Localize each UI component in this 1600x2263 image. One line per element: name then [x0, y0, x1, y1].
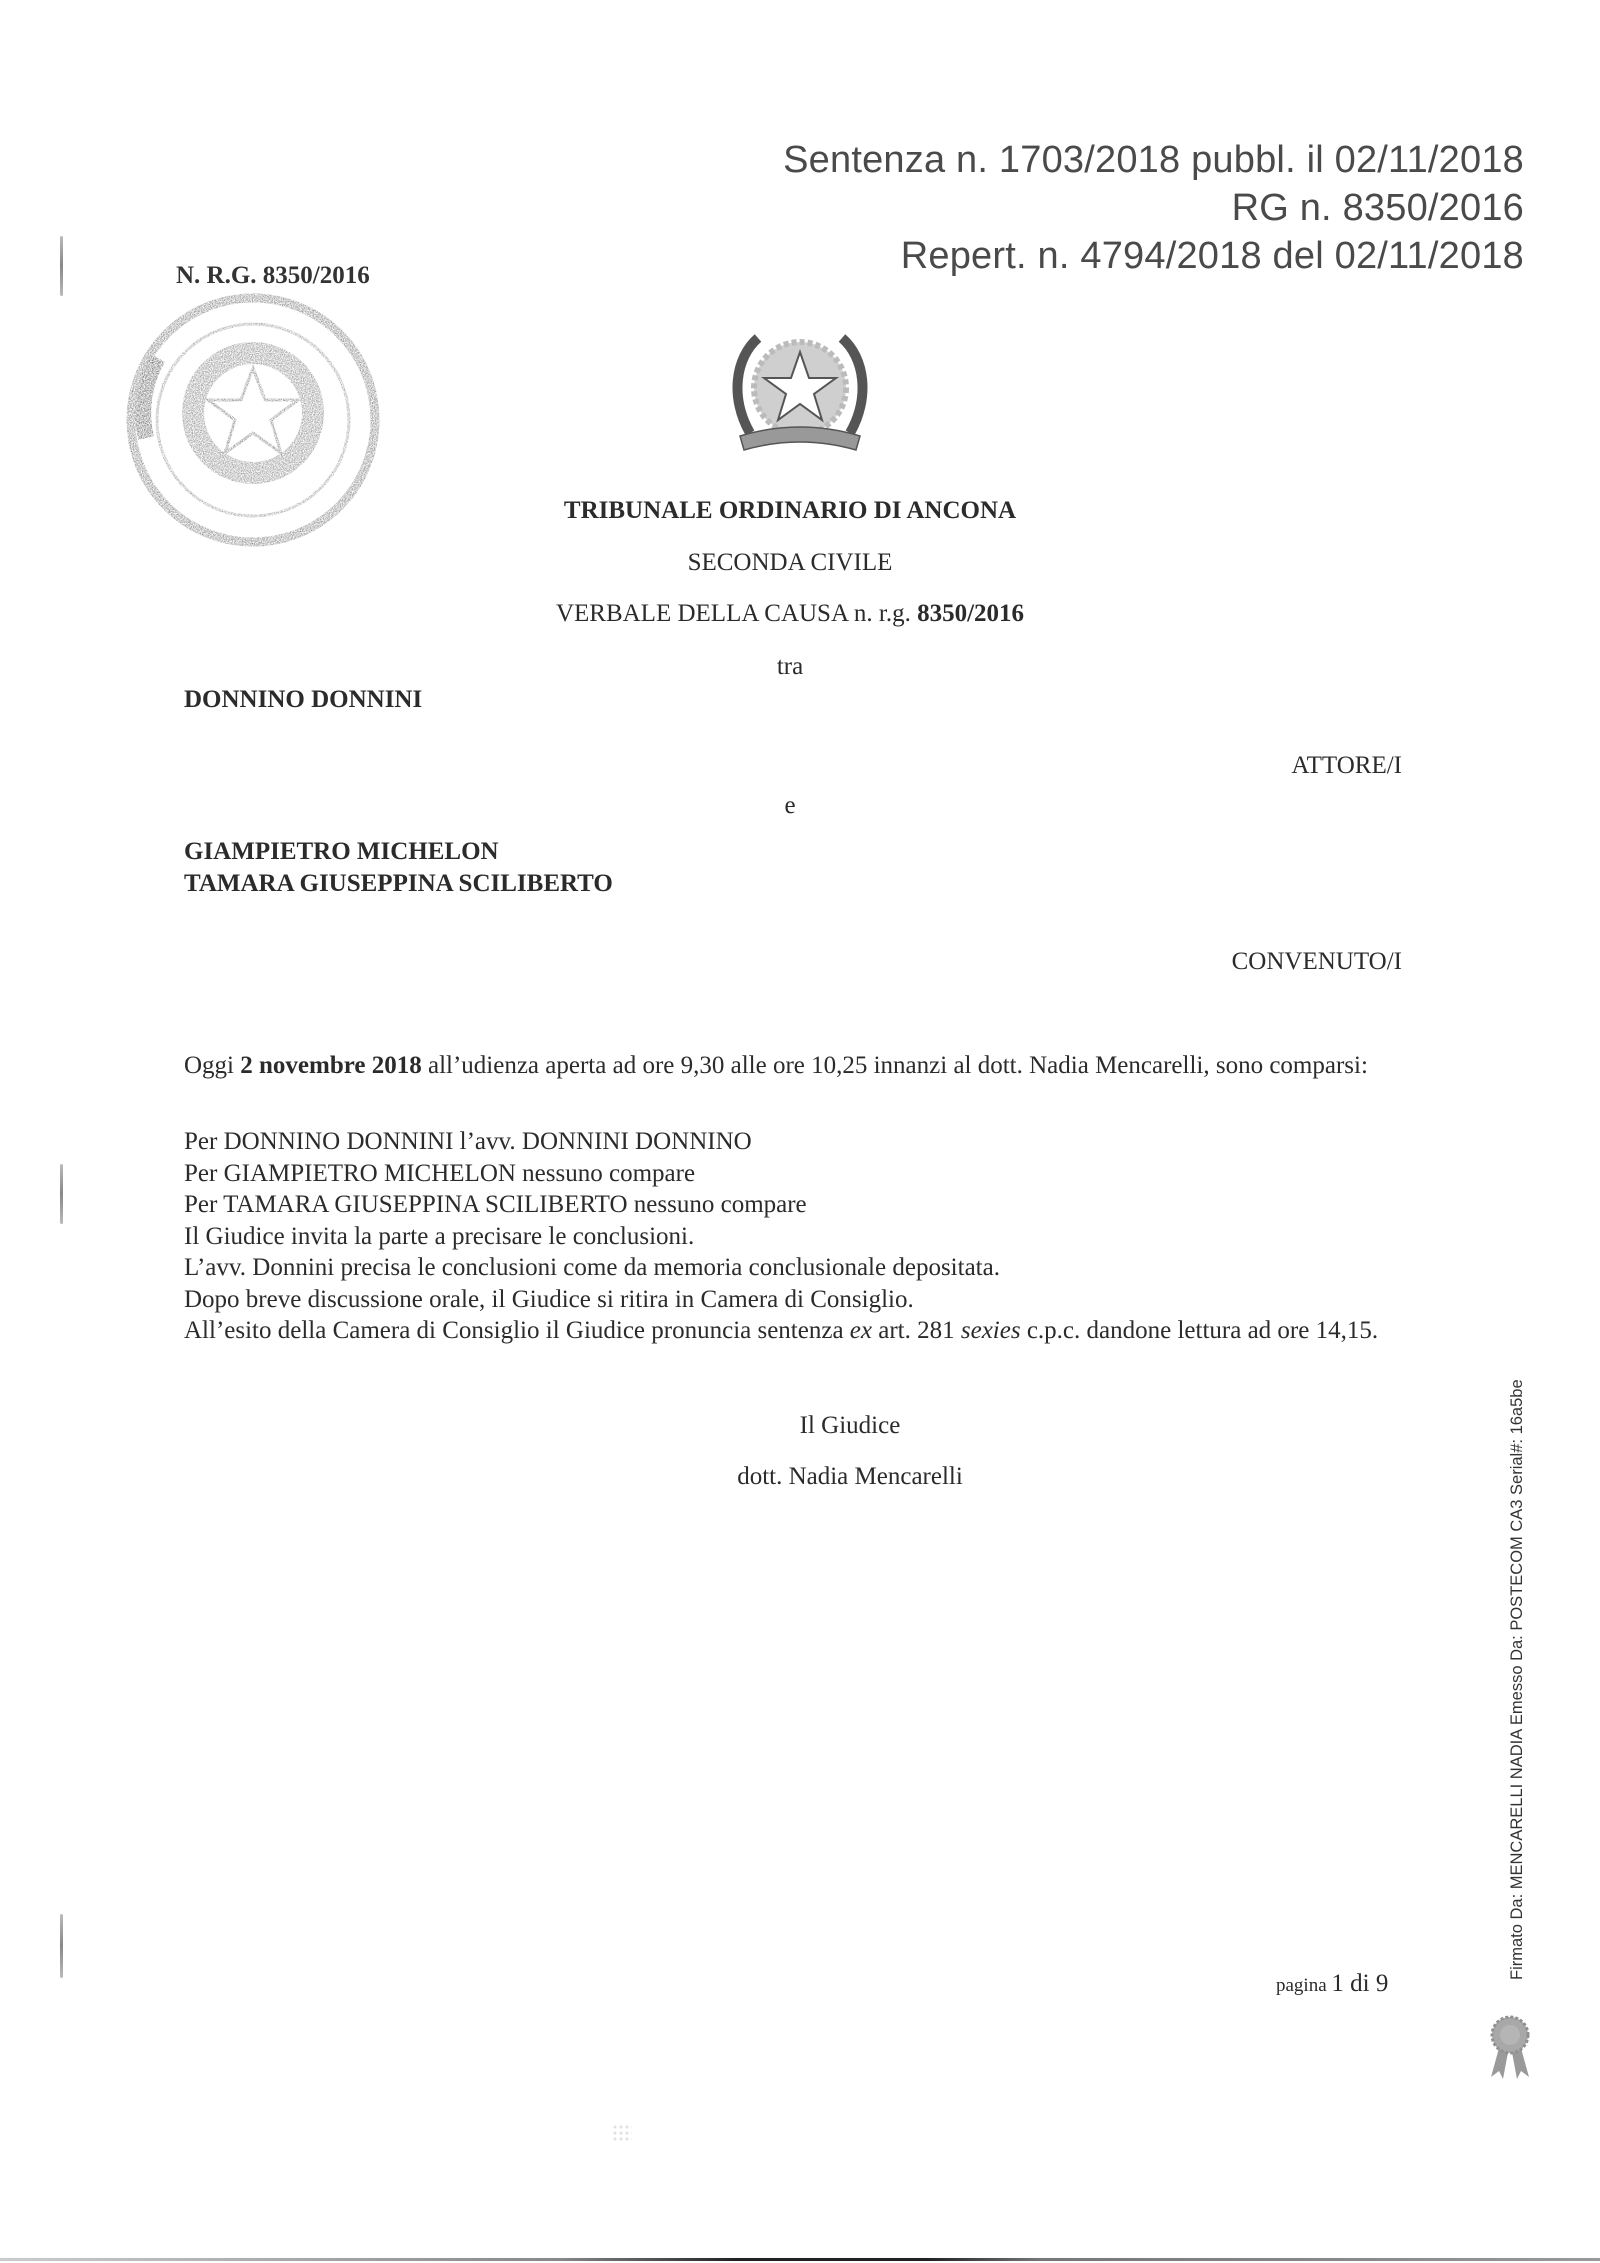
statement-line: Il Giudice invita la parte a precisare l…	[184, 1221, 1402, 1253]
statement-line: L’avv. Donnini precisa le conclusioni co…	[184, 1252, 1402, 1284]
appearance-line: Per TAMARA GIUSEPPINA SCILIBERTO nessuno…	[184, 1189, 1402, 1221]
scan-speck	[612, 2124, 632, 2142]
defendant-role: CONVENUTO/I	[1232, 948, 1402, 976]
intro-prefix: Oggi	[184, 1052, 240, 1079]
nrg-stamp-label: N. R.G. 8350/2016	[176, 262, 370, 290]
case-reference: VERBALE DELLA CAUSA n. r.g. 8350/2016	[500, 600, 1080, 628]
defendant-list: GIAMPIETRO MICHELON TAMARA GIUSEPPINA SC…	[184, 836, 613, 900]
defendant-name: TAMARA GIUSEPPINA SCILIBERTO	[184, 868, 613, 900]
court-name: TRIBUNALE ORDINARIO DI ANCONA	[500, 497, 1080, 525]
between-label: tra	[500, 653, 1080, 681]
digital-signature-info: Firmato Da: MENCARELLI NADIA Emesso Da: …	[1508, 1379, 1527, 1980]
hearing-date: 2 novembre 2018	[240, 1052, 421, 1079]
plaintiff-role: ATTORE/I	[1291, 752, 1402, 780]
document-registry-header: Sentenza n. 1703/2018 pubbl. il 02/11/20…	[783, 136, 1524, 280]
scan-margin-mark	[60, 1164, 63, 1224]
scan-margin-mark	[60, 1914, 63, 1978]
scan-margin-mark	[60, 236, 63, 296]
ruling-text: All’esito della Camera di Consiglio il G…	[184, 1317, 850, 1344]
court-round-seal-icon	[118, 288, 388, 553]
ruling-article: art. 281	[872, 1317, 961, 1344]
page-of: di	[1344, 1970, 1376, 1997]
page-word: pagina	[1276, 1975, 1331, 1996]
plaintiff-list: DONNINO DONNINI	[184, 684, 422, 716]
page-total: 9	[1376, 1970, 1389, 1997]
rg-number: RG n. 8350/2016	[783, 184, 1524, 232]
page-current: 1	[1331, 1970, 1344, 1997]
appearance-line: Per DONNINO DONNINI l’avv. DONNINI DONNI…	[184, 1126, 1402, 1158]
court-section: SECONDA CIVILE	[500, 549, 1080, 577]
sentence-number: Sentenza n. 1703/2018 pubbl. il 02/11/20…	[783, 136, 1524, 184]
page-number: pagina 1 di 9	[1276, 1970, 1388, 1998]
judge-name: dott. Nadia Mencarelli	[650, 1463, 1050, 1491]
italian-republic-emblem-icon	[720, 318, 880, 468]
repertory-number: Repert. n. 4794/2018 del 02/11/2018	[783, 232, 1524, 280]
case-number: 8350/2016	[917, 600, 1024, 627]
ruling-reading-time: c.p.c. dandone lettura ad ore 14,15.	[1021, 1317, 1379, 1344]
judge-title: Il Giudice	[650, 1412, 1050, 1440]
parties-conjunction: e	[760, 792, 820, 820]
hearing-minutes: Per DONNINO DONNINI l’avv. DONNINI DONNI…	[184, 1126, 1402, 1347]
ruling-ex: ex	[850, 1317, 872, 1344]
appearance-line: Per GIAMPIETRO MICHELON nessuno compare	[184, 1158, 1402, 1190]
ruling-sexies: sexies	[961, 1317, 1021, 1344]
defendant-name: GIAMPIETRO MICHELON	[184, 836, 613, 868]
scan-bottom-edge	[0, 2258, 1600, 2261]
plaintiff-name: DONNINO DONNINI	[184, 684, 422, 716]
intro-suffix: all’udienza aperta ad ore 9,30 alle ore …	[422, 1052, 1368, 1079]
hearing-intro: Oggi 2 novembre 2018 all’udienza aperta …	[184, 1050, 1402, 1082]
ruling-line: All’esito della Camera di Consiglio il G…	[184, 1315, 1402, 1347]
statement-line: Dopo breve discussione orale, il Giudice…	[184, 1284, 1402, 1316]
certificate-rosette-icon	[1485, 2013, 1535, 2083]
case-prefix: VERBALE DELLA CAUSA n. r.g.	[556, 600, 917, 627]
